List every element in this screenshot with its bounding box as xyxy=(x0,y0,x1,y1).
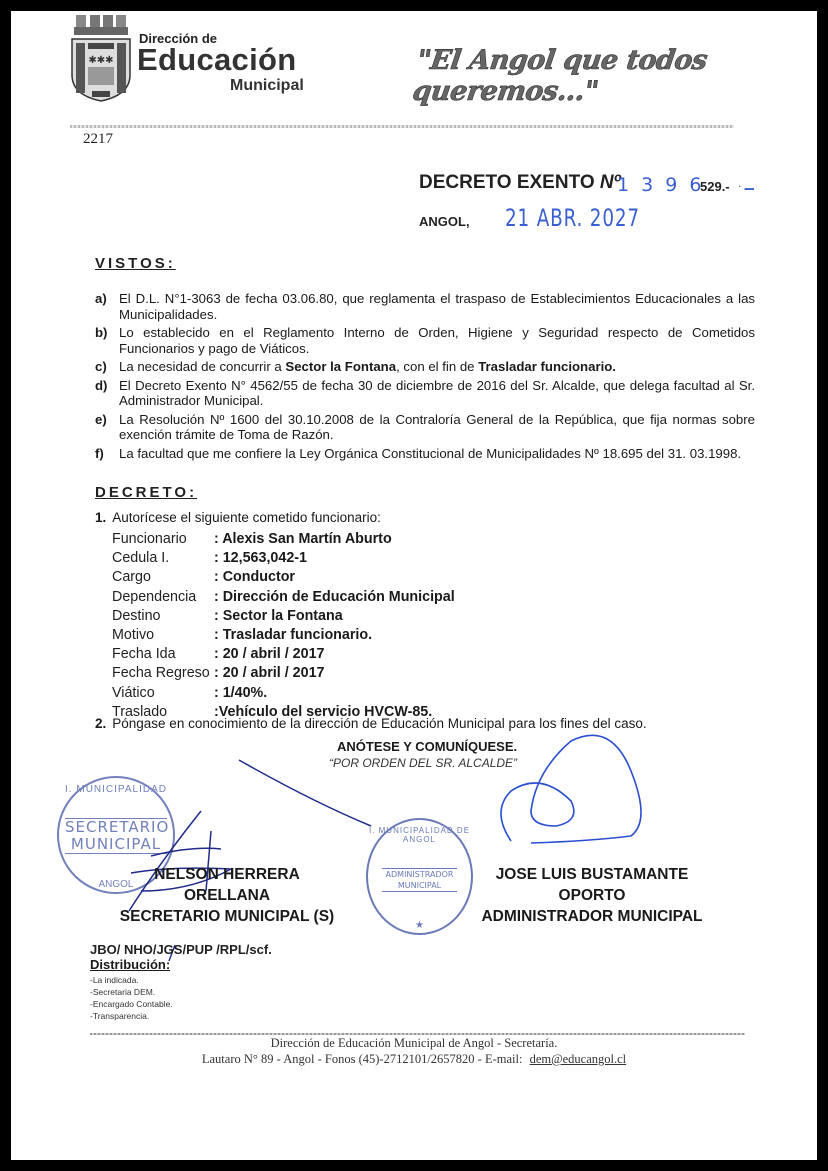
seal-inner-text: SECRETARIOMUNICIPAL xyxy=(65,818,167,854)
field-row: Fecha Ida: 20 / abril / 2017 xyxy=(112,645,455,664)
seal-arc-text: I. MUNICIPALIDAD xyxy=(59,784,173,795)
right-signature-icon xyxy=(501,735,641,843)
decree-number-suffix: 529.- xyxy=(700,179,730,194)
field-label: Motivo xyxy=(112,626,214,645)
destination-text: Sector la Fontana xyxy=(285,359,396,374)
signatory-name: NELSON HERRERA ORELLANA xyxy=(119,864,335,906)
decree-title: DECRETO EXENTO Nº xyxy=(419,172,621,194)
vistos-heading: VISTOS: xyxy=(95,255,176,272)
purpose-text: Trasladar funcionario. xyxy=(478,359,616,374)
item-text: El Decreto Exento N° 4562/55 de fecha 30… xyxy=(119,378,755,409)
item-label: c) xyxy=(95,359,119,375)
document-page: ✱✱✱ Dirección de Educación Municipal "El… xyxy=(11,11,817,1160)
field-value: : 20 / abril / 2017 xyxy=(214,645,324,664)
decreto-point-1: 1.Autorícese el siguiente cometido funci… xyxy=(95,510,381,525)
field-label: Fecha Regreso xyxy=(112,664,214,683)
right-signatory: JOSE LUIS BUSTAMANTE OPORTO ADMINISTRADO… xyxy=(465,864,719,927)
org-name-line2: Educación xyxy=(137,42,296,78)
list-item: -Encargado Contable. xyxy=(90,998,173,1010)
field-label: Cedula I. xyxy=(112,549,214,568)
decreto-heading: DECRETO: xyxy=(95,484,197,501)
field-value: : 20 / abril / 2017 xyxy=(214,664,324,683)
signatory-title: SECRETARIO MUNICIPAL (S) xyxy=(119,906,335,927)
field-value: : 12,563,042-1 xyxy=(214,549,307,568)
point-number: 2. xyxy=(95,716,106,731)
item-label: a) xyxy=(95,291,119,322)
footer-divider xyxy=(90,1033,745,1035)
field-row: Cargo: Conductor xyxy=(112,568,455,587)
field-label: Cargo xyxy=(112,568,214,587)
item-text: Lo establecido en el Reglamento Interno … xyxy=(119,325,755,356)
item-text: El D.L. N°1-3063 de fecha 03.06.80, que … xyxy=(119,291,755,322)
field-row: Motivo: Trasladar funcionario. xyxy=(112,626,455,645)
list-item: b) Lo establecido en el Reglamento Inter… xyxy=(95,325,755,356)
field-row: Destino: Sector la Fontana xyxy=(112,607,455,626)
stamp-mark: . ▁ xyxy=(738,176,754,190)
item-text: La Resolución Nº 1600 del 30.10.2008 de … xyxy=(119,412,755,443)
administrator-seal: I. MUNICIPALIDAD DE ANGOL ADMINISTRADORM… xyxy=(366,818,473,935)
field-row: Fecha Regreso: 20 / abril / 2017 xyxy=(112,664,455,683)
stamped-decree-number: 1 3 9 6 xyxy=(617,174,704,196)
seal-inner-text: ADMINISTRADORMUNICIPAL xyxy=(382,868,457,892)
item-text: La necesidad de concurrir a Sector la Fo… xyxy=(119,359,755,375)
left-signatory: NELSON HERRERA ORELLANA SECRETARIO MUNIC… xyxy=(119,864,335,927)
distribution-list: -La indicada. -Secretaria DEM. -Encargad… xyxy=(90,974,173,1022)
field-row: Dependencia: Dirección de Educación Muni… xyxy=(112,588,455,607)
field-label: Viático xyxy=(112,684,214,703)
field-row: Cedula I.: 12,563,042-1 xyxy=(112,549,455,568)
city: ANGOL, xyxy=(419,214,470,229)
list-item: f) La facultad que me confiere la Ley Or… xyxy=(95,446,755,462)
initials-reference: JBO/ NHO/JGS/PUP /RPL/scf. xyxy=(90,942,272,957)
field-label: Funcionario xyxy=(112,530,214,549)
by-order-text: “POR ORDEN DEL SR. ALCALDE” xyxy=(329,756,517,770)
decreto-point-2: 2.Póngase en conocimiento de la direcció… xyxy=(95,716,647,731)
item-label: e) xyxy=(95,412,119,443)
field-label: Fecha Ida xyxy=(112,645,214,664)
seal-arc-text: I. MUNICIPALIDAD DE ANGOL xyxy=(368,826,471,844)
footer-line-1: Dirección de Educación Municipal de Ango… xyxy=(11,1036,817,1051)
list-item: -La indicada. xyxy=(90,974,173,986)
item-label: d) xyxy=(95,378,119,409)
field-value: : 1/40%. xyxy=(214,684,267,703)
reference-number: 2217 xyxy=(83,131,113,148)
list-item: -Transparencia. xyxy=(90,1010,173,1022)
footer-line-2: Lautaro N° 89 - Angol - Fonos (45)-27121… xyxy=(11,1052,817,1067)
field-value: : Trasladar funcionario. xyxy=(214,626,372,645)
svg-text:✱✱✱: ✱✱✱ xyxy=(88,55,113,66)
email-link[interactable]: dem@educangol.cl xyxy=(530,1052,627,1066)
signatory-title: ADMINISTRADOR MUNICIPAL xyxy=(465,906,719,927)
header-divider xyxy=(70,125,734,128)
signatory-name: JOSE LUIS BUSTAMANTE OPORTO xyxy=(465,864,719,906)
field-value: : Dirección de Educación Municipal xyxy=(214,588,455,607)
footer-contact: Lautaro N° 89 - Angol - Fonos (45)-27121… xyxy=(202,1052,523,1066)
point-text: Póngase en conocimiento de la dirección … xyxy=(112,716,646,731)
list-item: -Secretaria DEM. xyxy=(90,986,173,998)
date-stamp: 21 ABR. 2027 xyxy=(505,204,640,232)
assignment-fields: Funcionario: Alexis San Martín AburtoCed… xyxy=(112,530,455,722)
item-label: f) xyxy=(95,446,119,462)
org-name-line3: Municipal xyxy=(230,77,304,95)
closing-formula: ANÓTESE Y COMUNÍQUESE. xyxy=(337,739,517,754)
field-label: Dependencia xyxy=(112,588,214,607)
list-item: c) La necesidad de concurrir a Sector la… xyxy=(95,359,755,375)
field-value: : Conductor xyxy=(214,568,295,587)
list-item: a) El D.L. N°1-3063 de fecha 03.06.80, q… xyxy=(95,291,755,322)
star-icon: ★ xyxy=(368,920,471,931)
item-text: La facultad que me confiere la Ley Orgán… xyxy=(119,446,755,462)
municipal-crest-icon: ✱✱✱ xyxy=(70,13,132,103)
slogan: "El Angol que todos queremos..." xyxy=(411,45,817,107)
point-text: Autorícese el siguiente cometido funcion… xyxy=(112,510,381,525)
field-value: : Sector la Fontana xyxy=(214,607,343,626)
field-label: Destino xyxy=(112,607,214,626)
list-item: d) El Decreto Exento N° 4562/55 de fecha… xyxy=(95,378,755,409)
vistos-list: a) El D.L. N°1-3063 de fecha 03.06.80, q… xyxy=(95,291,755,464)
point-number: 1. xyxy=(95,510,106,525)
field-row: Funcionario: Alexis San Martín Aburto xyxy=(112,530,455,549)
item-label: b) xyxy=(95,325,119,356)
field-row: Viático: 1/40%. xyxy=(112,684,455,703)
decree-title-text: DECRETO EXENTO xyxy=(419,172,595,193)
field-value: : Alexis San Martín Aburto xyxy=(214,530,392,549)
distribution-heading: Distribución: xyxy=(90,957,170,972)
list-item: e) La Resolución Nº 1600 del 30.10.2008 … xyxy=(95,412,755,443)
